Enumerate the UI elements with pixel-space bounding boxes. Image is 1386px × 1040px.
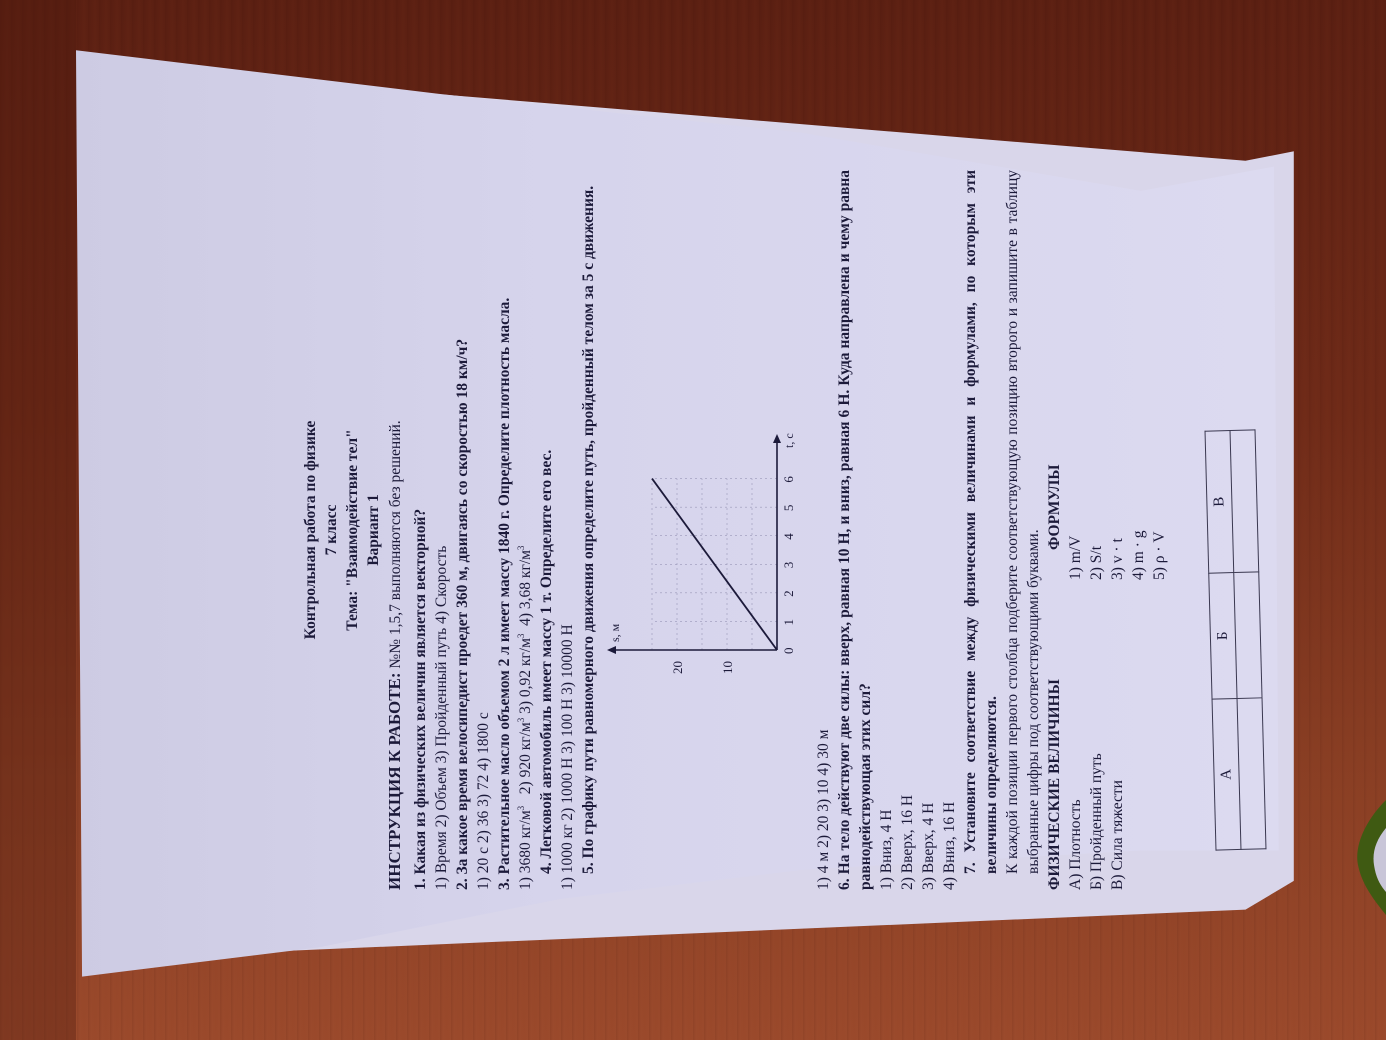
question-4: 4. Легковой автомобиль имеет массу 1 т. … xyxy=(536,170,557,890)
formula-5: 5) ρ · V xyxy=(1149,465,1170,580)
instruction-label: ИНСТРУКЦИЯ К РАБОТЕ: xyxy=(385,672,404,890)
desk-shadow xyxy=(0,0,76,1040)
distance-time-graph: s, мt, с01234561020 xyxy=(607,170,807,890)
question-6-option-1: 1) Вниз, 4 Н xyxy=(876,170,897,890)
formula-3: 3) v · t xyxy=(1107,465,1128,580)
svg-text:1: 1 xyxy=(781,619,796,626)
svg-text:20: 20 xyxy=(670,661,685,674)
doc-topic: Тема: "Взаимодействие тел" xyxy=(342,170,363,890)
question-1: 1. Какая из физических величин является … xyxy=(410,170,431,890)
instruction: ИНСТРУКЦИЯ К РАБОТЕ: №№ 1,5,7 выполняютс… xyxy=(384,170,406,890)
quantity-a: А) Плотность xyxy=(1065,590,1086,890)
doc-grade: 7 класс xyxy=(321,170,342,890)
answer-header-b: Б xyxy=(1209,572,1237,699)
question-2-options: 1) 20 с 2) 36 3) 72 4) 1800 с xyxy=(473,170,494,890)
doc-title: Контрольная работа по физике xyxy=(300,170,321,890)
answer-cell-b[interactable] xyxy=(1234,572,1262,699)
question-2: 2. За какое время велосипедист проедет 3… xyxy=(452,170,473,890)
answer-cell-v[interactable] xyxy=(1230,430,1259,572)
question-5-options: 1) 4 м 2) 20 3) 10 4) 30 м xyxy=(813,170,834,890)
quantities-header: ФИЗИЧЕСКИЕ ВЕЛИЧИНЫ xyxy=(1044,590,1065,890)
quantity-b: Б) Пройденный путь xyxy=(1086,590,1107,890)
answer-header-v: В xyxy=(1205,431,1234,573)
svg-text:5: 5 xyxy=(781,505,796,512)
question-6: 6. На тело действуют две силы: вверх, ра… xyxy=(834,170,876,890)
question-5: 5. По графику пути равномерного движения… xyxy=(578,170,599,890)
svg-text:3: 3 xyxy=(781,562,796,569)
question-1-options: 1) Время 2) Объем 3) Пройденный путь 4) … xyxy=(431,170,452,890)
question-4-options: 1) 1000 кг 2) 1000 Н 3) 100 Н 3) 10000 Н xyxy=(557,170,578,890)
graph-svg: s, мt, с01234561020 xyxy=(607,420,807,680)
formula-4: 4) m · g xyxy=(1128,465,1149,580)
question-7: 7. Установите соответствие между физичес… xyxy=(960,170,1002,890)
question-7-instruction: К каждой позиции первого столбца подбери… xyxy=(1002,170,1044,890)
answer-cell-a[interactable] xyxy=(1237,698,1266,849)
question-3-options: 1) 3680 кг/м3 2) 920 кг/м3 3) 0,92 кг/м3… xyxy=(515,170,536,890)
question-6-option-2: 2) Вверх, 16 Н xyxy=(897,170,918,890)
matching-columns: ФИЗИЧЕСКИЕ ВЕЛИЧИНЫ А) Плотность Б) Прой… xyxy=(1044,170,1170,890)
sheet-content: Контрольная работа по физике 7 класс Тем… xyxy=(130,140,1130,1040)
svg-text:s, м: s, м xyxy=(608,623,622,642)
formula-2: 2) S/t xyxy=(1086,465,1107,580)
quantity-v: В) Сила тяжести xyxy=(1107,590,1128,890)
question-6-option-4: 4) Вниз, 16 Н xyxy=(939,170,960,890)
answer-table: А Б В xyxy=(1205,429,1267,850)
formulas-header: ФОРМУЛЫ xyxy=(1044,465,1065,550)
instruction-text: №№ 1,5,7 выполняются без решений. xyxy=(387,420,404,672)
question-6-option-3: 3) Вверх, 4 Н xyxy=(918,170,939,890)
svg-text:4: 4 xyxy=(781,533,796,540)
green-clip-object xyxy=(1346,790,1386,930)
question-3: 3. Растительное масло объемом 2 л имеет … xyxy=(494,170,515,890)
svg-text:t, с: t, с xyxy=(782,433,796,448)
formula-1: 1) m/V xyxy=(1065,465,1086,580)
svg-text:0: 0 xyxy=(781,648,796,655)
formulas-column: ФОРМУЛЫ 1) m/V 2) S/t 3) v · t 4) m · g … xyxy=(1044,465,1170,590)
quantities-column: ФИЗИЧЕСКИЕ ВЕЛИЧИНЫ А) Плотность Б) Прой… xyxy=(1044,590,1170,890)
doc-variant: Вариант 1 xyxy=(363,170,384,890)
svg-text:6: 6 xyxy=(781,476,796,483)
svg-text:10: 10 xyxy=(720,661,735,674)
svg-text:2: 2 xyxy=(781,590,796,597)
